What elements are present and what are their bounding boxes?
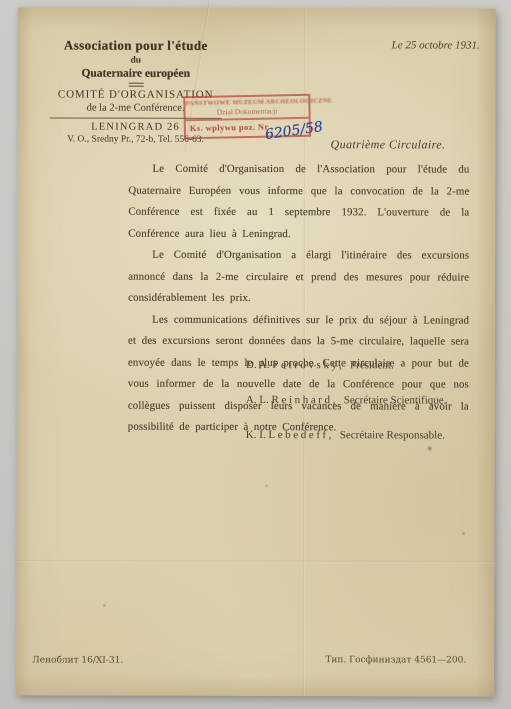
- org-name-line-2: du: [32, 55, 240, 66]
- stamp-department-line: Dział Dokumentacji: [185, 106, 308, 117]
- signature-title: Secrétaire Responsable.: [340, 429, 445, 441]
- body-paragraph: Le Comité d'Organisation a élargi l'itin…: [128, 245, 469, 310]
- signature-title: Secrétaire Scientifique.: [344, 394, 447, 406]
- censor-imprint: Леноблит 16/XI-31.: [32, 655, 123, 665]
- signature-surname: Petrovsky,: [272, 359, 344, 371]
- letter-page: Association pour l'étude du Quaternaire …: [16, 7, 496, 696]
- signature-president: D. A. Petrovsky, Président.: [246, 359, 447, 372]
- date-line: Le 25 octobre 1931.: [392, 39, 480, 51]
- scan-background: Association pour l'étude du Quaternaire …: [0, 0, 511, 709]
- signature-title: Président.: [350, 359, 394, 371]
- signature-block: D. A. Petrovsky, Président. A. L. Reinha…: [246, 359, 447, 465]
- signature-initials: A. L.: [246, 394, 269, 406]
- archive-ink-stamp: PAŃSTWOWE MUZEUM ARCHEOLOGICZNE Dział Do…: [183, 94, 311, 140]
- signature-surname: Lebedeff,: [268, 429, 334, 441]
- org-name-line-1: Association pour l'étude: [32, 37, 240, 54]
- signature-initials: K. I.: [246, 429, 266, 441]
- print-shop-imprint: Тип. Госфиниздат 4561—200.: [325, 655, 466, 665]
- org-name-line-3: Quaternaire européen: [32, 67, 240, 80]
- horizontal-fold-crease: [16, 559, 494, 563]
- signature-responsible-secretary: K. I. Lebedeff, Secrétaire Responsable.: [246, 429, 447, 442]
- body-paragraph: Le Comité d'Organisation de l'Associatio…: [128, 159, 469, 246]
- letterhead-separator: [128, 83, 143, 87]
- signature-initials: D. A.: [246, 359, 270, 371]
- signature-surname: Reinhard,: [272, 394, 339, 406]
- circular-subject-line: Quatrième Circulaire.: [331, 137, 446, 152]
- signature-scientific-secretary: A. L. Reinhard, Secrétaire Scientifique.: [246, 394, 447, 407]
